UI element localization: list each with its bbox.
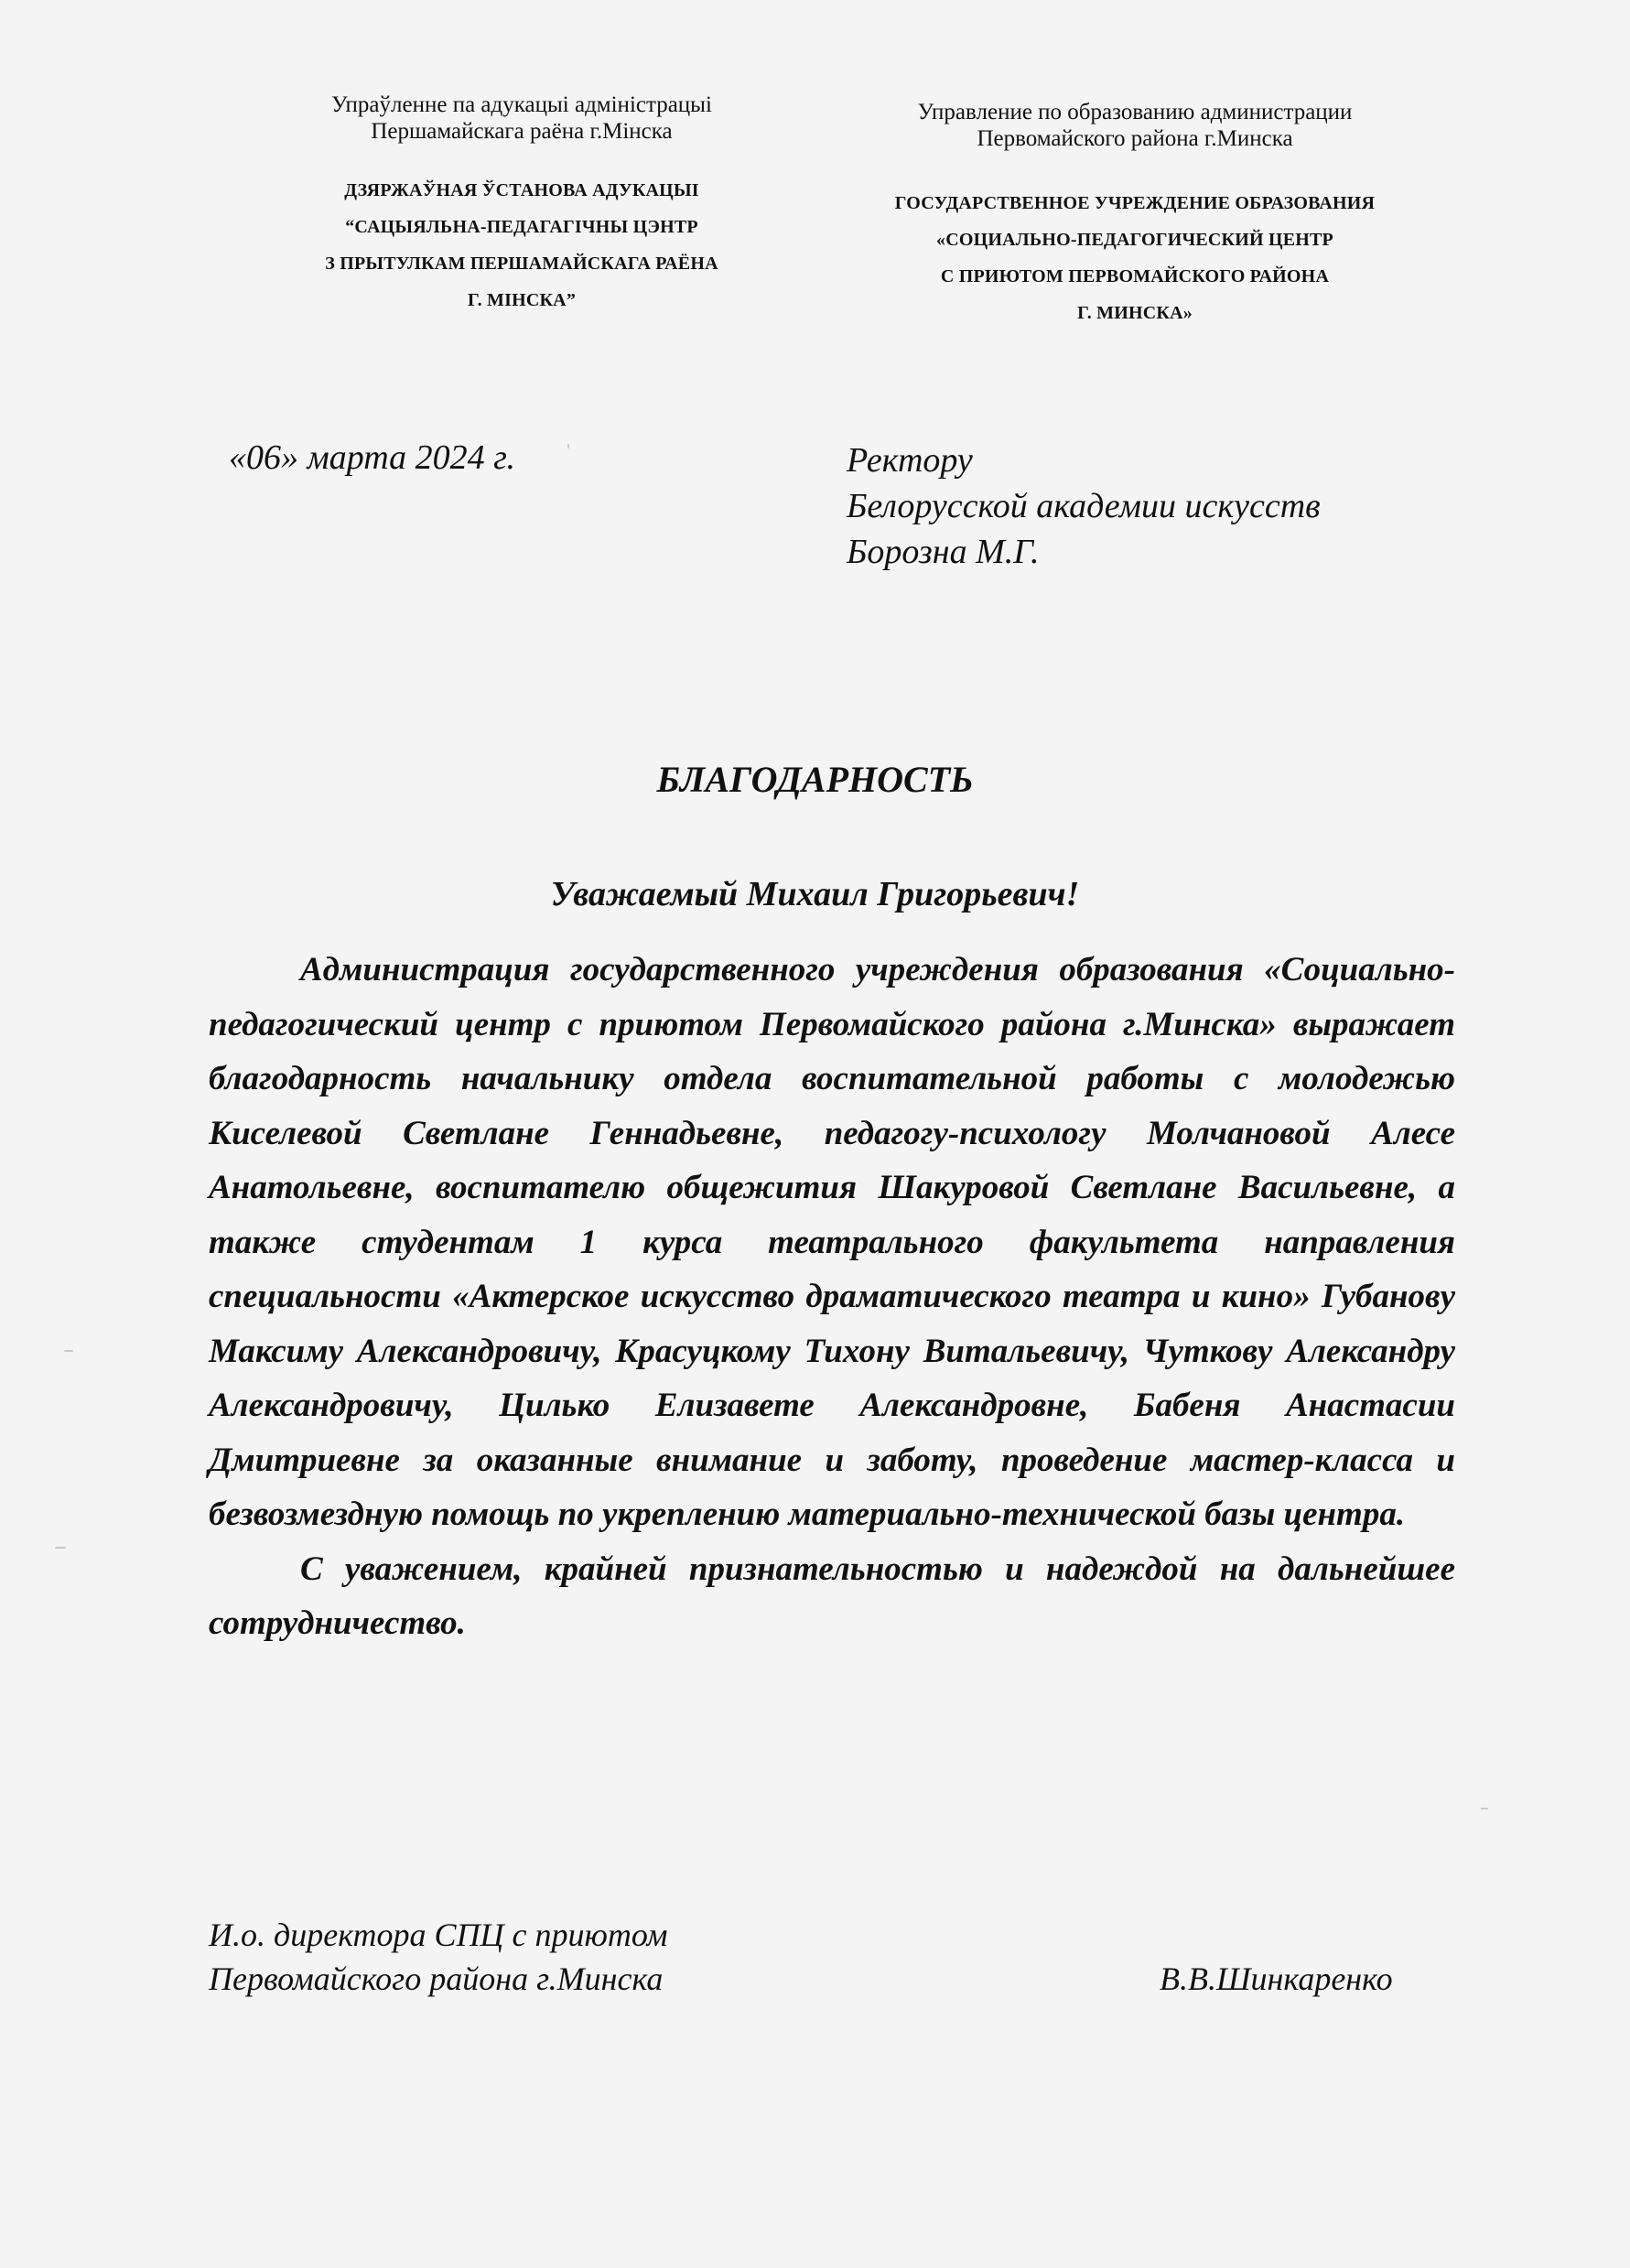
department-name-by: Упраўленне па адукацыі адміністрацыі Пер… [256,92,787,145]
organization-name-ru: ГОСУДАРСТВЕННОЕ УЧРЕЖДЕНИЕ ОБРАЗОВАНИЯ «… [842,185,1428,331]
scan-artifact [55,1547,66,1549]
signatory-position: И.о. директора СПЦ с приютом Первомайско… [209,1913,668,2001]
body-paragraph: С уважением, крайней признательностью и … [209,1542,1455,1651]
signatory-position-line: Первомайского района г.Минска [209,1957,668,2001]
signatory-position-line: И.о. директора СПЦ с приютом [209,1913,668,1957]
department-line: Упраўленне па адукацыі адміністрацыі [256,92,787,118]
org-line: ДЗЯРЖАЎНАЯ ЎСТАНОВА АДУКАЦЫІ [256,172,787,209]
scan-artifact [1481,1808,1488,1809]
organization-name-by: ДЗЯРЖАЎНАЯ ЎСТАНОВА АДУКАЦЫІ “САЦЫЯЛЬНА-… [256,172,787,319]
letter-page: Упраўленне па адукацыі адміністрацыі Пер… [0,0,1630,2268]
org-line: ГОСУДАРСТВЕННОЕ УЧРЕЖДЕНИЕ ОБРАЗОВАНИЯ [842,185,1428,221]
signatory-name: В.В.Шинкаренко [1160,1957,1393,2001]
department-name-ru: Управление по образованию администрации … [842,99,1428,152]
letter-date: «06» марта 2024 г. [229,437,515,478]
scan-artifact [64,1350,73,1352]
department-line: Первомайского района г.Минска [842,125,1428,152]
department-line: Першамайскага раёна г.Мінска [256,118,787,145]
department-line: Управление по образованию администрации [842,99,1428,125]
org-line: “САЦЫЯЛЬНА-ПЕДАГАГІЧНЫ ЦЭНТР [256,209,787,245]
body-paragraph: Администрация государственного учреждени… [209,943,1455,1542]
letter-body: Администрация государственного учреждени… [209,943,1455,1651]
document-title: БЛАГОДАРНОСТЬ [0,758,1630,801]
addressee-line: Борозна М.Г. [847,529,1321,575]
org-line: С ПРИЮТОМ ПЕРВОМАЙСКОГО РАЙОНА [842,258,1428,295]
scan-artifact [567,444,569,448]
org-line: Г. МІНСКА” [256,282,787,319]
addressee-block: Ректору Белорусской академии искусств Бо… [847,437,1321,575]
letterhead-russian: Управление по образованию администрации … [842,92,1428,331]
org-line: «СОЦИАЛЬНО-ПЕДАГОГИЧЕСКИЙ ЦЕНТР [842,221,1428,258]
letterhead-belarusian: Упраўленне па адукацыі адміністрацыі Пер… [256,92,787,319]
addressee-line: Ректору [847,437,1321,483]
org-line: Г. МИНСКА» [842,295,1428,331]
org-line: З ПРЫТУЛКАМ ПЕРШАМАЙСКАГА РАЁНА [256,245,787,282]
addressee-line: Белорусской академии искусств [847,483,1321,529]
salutation: Уважаемый Михаил Григорьевич! [0,874,1630,914]
